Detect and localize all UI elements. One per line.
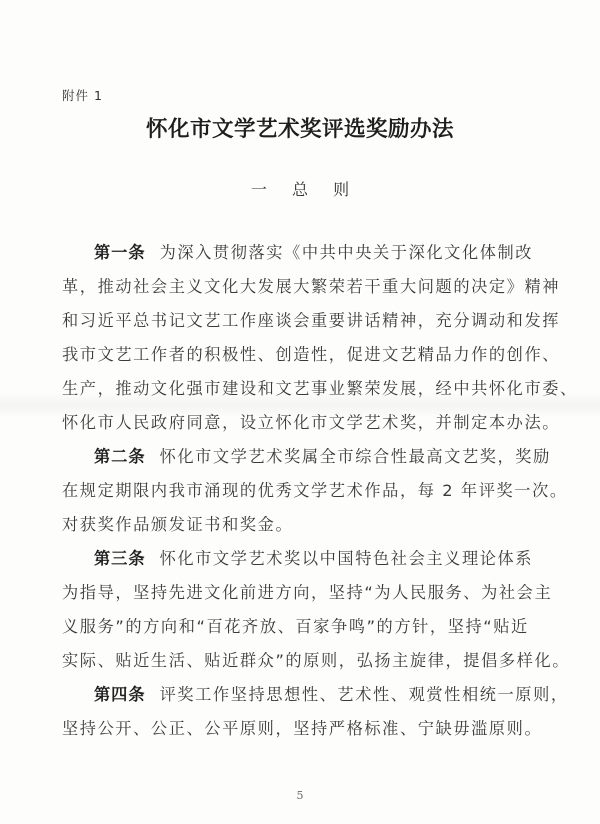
article-label: 第一条 (94, 243, 146, 262)
paragraph-line: 实际、贴近生活、贴近群众”的原则，弘扬主旋律，提倡多样化。 (62, 644, 567, 678)
section-heading: 一 总 则 (0, 177, 600, 200)
document-page: 附件 1 怀化市文学艺术奖评选奖励办法 一 总 则 第一条为深入贯彻落实《中共中… (0, 0, 600, 824)
paragraph-line: 第三条怀化市文学艺术奖以中国特色社会主义理论体系 (62, 542, 567, 576)
article-label: 第四条 (94, 685, 146, 704)
paragraph-line: 革，推动社会主义文化大发展大繁荣若干重大问题的决定》精神 (62, 270, 567, 304)
paragraph-line: 义服务”的方向和“百花齐放、百家争鸣”的方针，坚持“贴近 (62, 610, 567, 644)
paragraph-line: 和习近平总书记文艺工作座谈会重要讲话精神，充分调动和发挥 (62, 304, 567, 338)
paragraph-line: 第二条怀化市文学艺术奖属全市综合性最高文艺奖，奖励 (62, 440, 567, 474)
article-label: 第三条 (94, 549, 146, 568)
paragraph-line: 对获奖作品颁发证书和奖金。 (62, 508, 567, 542)
section-title-char: 则 (333, 177, 349, 200)
article-label: 第二条 (94, 447, 146, 466)
article-text: 为深入贯彻落实《中共中央关于深化文化体制改 (160, 243, 534, 262)
page-number: 5 (0, 789, 600, 802)
article-3: 第三条怀化市文学艺术奖以中国特色社会主义理论体系 为指导，坚持先进文化前进方向，… (62, 542, 567, 678)
paragraph-line: 第四条评奖工作坚持思想性、艺术性、观赏性相统一原则， (62, 678, 567, 712)
attachment-label: 附件 1 (62, 86, 103, 104)
article-text: 怀化市文学艺术奖以中国特色社会主义理论体系 (160, 549, 534, 568)
article-1: 第一条为深入贯彻落实《中共中央关于深化文化体制改 革，推动社会主义文化大发展大繁… (62, 236, 567, 440)
paragraph-line: 为指导，坚持先进文化前进方向，坚持“为人民服务、为社会主 (62, 576, 567, 610)
paragraph-line: 在规定期限内我市涌现的优秀文学艺术作品，每 2 年评奖一次。 (62, 474, 567, 508)
paragraph-line: 怀化市人民政府同意，设立怀化市文学艺术奖，并制定本办法。 (62, 406, 567, 440)
article-2: 第二条怀化市文学艺术奖属全市综合性最高文艺奖，奖励 在规定期限内我市涌现的优秀文… (62, 440, 567, 542)
document-body: 第一条为深入贯彻落实《中共中央关于深化文化体制改 革，推动社会主义文化大发展大繁… (62, 236, 567, 746)
section-number: 一 (251, 177, 267, 200)
article-text: 评奖工作坚持思想性、艺术性、观赏性相统一原则， (160, 685, 569, 704)
article-4: 第四条评奖工作坚持思想性、艺术性、观赏性相统一原则， 坚持公开、公正、公平原则，… (62, 678, 567, 746)
article-text: 怀化市文学艺术奖属全市综合性最高文艺奖，奖励 (160, 447, 551, 466)
paragraph-line: 生产，推动文化强市建设和文艺事业繁荣发展，经中共怀化市委、 (62, 372, 567, 406)
document-title: 怀化市文学艺术奖评选奖励办法 (0, 112, 600, 143)
paragraph-line: 第一条为深入贯彻落实《中共中央关于深化文化体制改 (62, 236, 567, 270)
paragraph-line: 我市文艺工作者的积极性、创造性，促进文艺精品力作的创作、 (62, 338, 567, 372)
section-title-char: 总 (292, 177, 308, 200)
paragraph-line: 坚持公开、公正、公平原则，坚持严格标准、宁缺毋滥原则。 (62, 712, 567, 746)
